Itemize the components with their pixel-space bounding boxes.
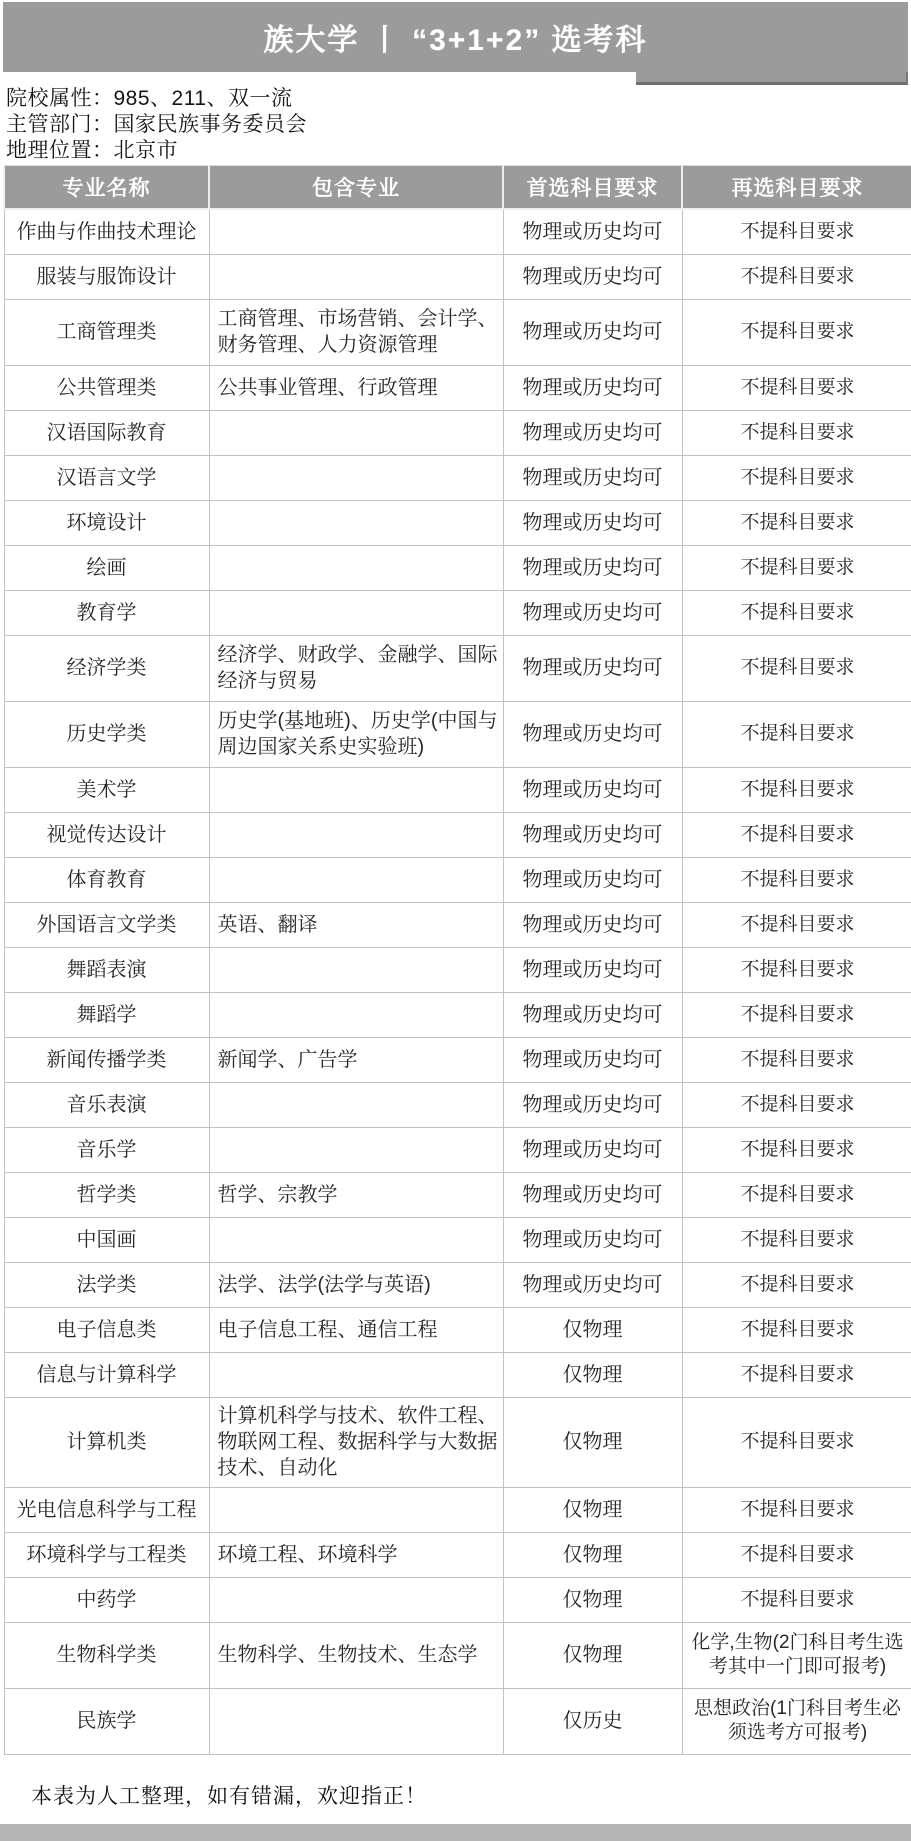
cell-includes — [209, 500, 503, 545]
cell-includes: 计算机科学与技术、软件工程、物联网工程、数据科学与大数据技术、自动化 — [209, 1397, 503, 1487]
cell-major: 光电信息科学与工程 — [4, 1487, 209, 1532]
table-row: 舞蹈表演物理或历史均可不提科目要求 — [4, 947, 911, 992]
cell-includes — [209, 1577, 503, 1622]
cell-first-subject: 仅物理 — [503, 1577, 682, 1622]
cell-major: 经济学类 — [4, 635, 209, 701]
cell-includes — [209, 947, 503, 992]
cell-includes — [209, 590, 503, 635]
cell-second-subject: 不提科目要求 — [682, 1037, 911, 1082]
cell-includes — [209, 1082, 503, 1127]
table-row: 音乐学物理或历史均可不提科目要求 — [4, 1127, 911, 1172]
cell-major: 计算机类 — [4, 1397, 209, 1487]
col-header-first-subject: 首选科目要求 — [503, 166, 682, 210]
table-row: 中国画物理或历史均可不提科目要求 — [4, 1217, 911, 1262]
cell-second-subject: 不提科目要求 — [682, 635, 911, 701]
cell-includes — [209, 545, 503, 590]
cell-includes: 哲学、宗教学 — [209, 1172, 503, 1217]
table-row: 音乐表演物理或历史均可不提科目要求 — [4, 1082, 911, 1127]
cell-second-subject: 不提科目要求 — [682, 812, 911, 857]
cell-first-subject: 物理或历史均可 — [503, 1217, 682, 1262]
cell-first-subject: 物理或历史均可 — [503, 1127, 682, 1172]
cell-first-subject: 物理或历史均可 — [503, 455, 682, 500]
cell-major: 法学类 — [4, 1262, 209, 1307]
cell-second-subject: 不提科目要求 — [682, 1397, 911, 1487]
table-row: 公共管理类公共事业管理、行政管理物理或历史均可不提科目要求 — [4, 365, 911, 410]
table-row: 环境科学与工程类环境工程、环境科学仅物理不提科目要求 — [4, 1532, 911, 1577]
cell-major: 工商管理类 — [4, 299, 209, 365]
cell-first-subject: 物理或历史均可 — [503, 902, 682, 947]
cell-first-subject: 物理或历史均可 — [503, 1037, 682, 1082]
table-row: 电子信息类电子信息工程、通信工程仅物理不提科目要求 — [4, 1307, 911, 1352]
cell-second-subject: 不提科目要求 — [682, 455, 911, 500]
cell-second-subject: 不提科目要求 — [682, 1262, 911, 1307]
cell-first-subject: 物理或历史均可 — [503, 500, 682, 545]
cell-first-subject: 物理或历史均可 — [503, 701, 682, 767]
cell-includes: 环境工程、环境科学 — [209, 1532, 503, 1577]
table-row: 光电信息科学与工程仅物理不提科目要求 — [4, 1487, 911, 1532]
table-row: 新闻传播学类新闻学、广告学物理或历史均可不提科目要求 — [4, 1037, 911, 1082]
cell-includes — [209, 1352, 503, 1397]
table-row: 哲学类哲学、宗教学物理或历史均可不提科目要求 — [4, 1172, 911, 1217]
cell-includes — [209, 857, 503, 902]
cell-second-subject: 不提科目要求 — [682, 500, 911, 545]
cell-major: 环境科学与工程类 — [4, 1532, 209, 1577]
table-row: 计算机类计算机科学与技术、软件工程、物联网工程、数据科学与大数据技术、自动化仅物… — [4, 1397, 911, 1487]
cell-major: 中国画 — [4, 1217, 209, 1262]
title-banner: 族大学 丨 “3+1+2” 选考科 — [3, 2, 908, 72]
cell-major: 舞蹈学 — [4, 992, 209, 1037]
cell-includes — [209, 1127, 503, 1172]
subject-requirements-table: 专业名称 包含专业 首选科目要求 再选科目要求 作曲与作曲技术理论物理或历史均可… — [3, 165, 911, 1755]
table-row: 经济学类经济学、财政学、金融学、国际经济与贸易物理或历史均可不提科目要求 — [4, 635, 911, 701]
cell-first-subject: 仅物理 — [503, 1307, 682, 1352]
cell-second-subject: 不提科目要求 — [682, 1127, 911, 1172]
cell-second-subject: 不提科目要求 — [682, 1082, 911, 1127]
cell-includes: 电子信息工程、通信工程 — [209, 1307, 503, 1352]
cell-second-subject: 不提科目要求 — [682, 701, 911, 767]
cell-major: 电子信息类 — [4, 1307, 209, 1352]
table-row: 绘画物理或历史均可不提科目要求 — [4, 545, 911, 590]
cell-second-subject: 不提科目要求 — [682, 545, 911, 590]
cell-major: 环境设计 — [4, 500, 209, 545]
cell-second-subject: 不提科目要求 — [682, 1577, 911, 1622]
cell-first-subject: 物理或历史均可 — [503, 1082, 682, 1127]
cell-major: 历史学类 — [4, 701, 209, 767]
cell-first-subject: 物理或历史均可 — [503, 992, 682, 1037]
cell-second-subject: 不提科目要求 — [682, 209, 911, 254]
cell-first-subject: 物理或历史均可 — [503, 209, 682, 254]
cell-major: 音乐学 — [4, 1127, 209, 1172]
cell-includes — [209, 1217, 503, 1262]
cell-first-subject: 物理或历史均可 — [503, 365, 682, 410]
page-title: 族大学 丨 “3+1+2” 选考科 — [263, 15, 647, 59]
cell-first-subject: 物理或历史均可 — [503, 254, 682, 299]
cell-second-subject: 不提科目要求 — [682, 1487, 911, 1532]
cell-second-subject: 化学,生物(2门科目考生选考其中一门即可报考) — [682, 1622, 911, 1688]
table-row: 外国语言文学类英语、翻译物理或历史均可不提科目要求 — [4, 902, 911, 947]
cell-major: 汉语言文学 — [4, 455, 209, 500]
table-row: 教育学物理或历史均可不提科目要求 — [4, 590, 911, 635]
cell-second-subject: 不提科目要求 — [682, 857, 911, 902]
cell-major: 民族学 — [4, 1688, 209, 1754]
cell-includes — [209, 767, 503, 812]
cell-second-subject: 不提科目要求 — [682, 410, 911, 455]
table-row: 信息与计算科学仅物理不提科目要求 — [4, 1352, 911, 1397]
cell-includes: 公共事业管理、行政管理 — [209, 365, 503, 410]
cell-includes: 新闻学、广告学 — [209, 1037, 503, 1082]
cell-major: 信息与计算科学 — [4, 1352, 209, 1397]
cell-includes: 工商管理、市场营销、会计学、财务管理、人力资源管理 — [209, 299, 503, 365]
cell-second-subject: 不提科目要求 — [682, 365, 911, 410]
cell-includes: 经济学、财政学、金融学、国际经济与贸易 — [209, 635, 503, 701]
table-row: 美术学物理或历史均可不提科目要求 — [4, 767, 911, 812]
cell-includes — [209, 254, 503, 299]
cell-first-subject: 物理或历史均可 — [503, 1172, 682, 1217]
cell-first-subject: 物理或历史均可 — [503, 590, 682, 635]
cell-major: 教育学 — [4, 590, 209, 635]
cell-second-subject: 不提科目要求 — [682, 947, 911, 992]
cell-major: 作曲与作曲技术理论 — [4, 209, 209, 254]
info-department: 主管部门：国家民族事务委员会 — [6, 112, 307, 138]
table-row: 视觉传达设计物理或历史均可不提科目要求 — [4, 812, 911, 857]
cell-major: 音乐表演 — [4, 1082, 209, 1127]
cell-first-subject: 仅物理 — [503, 1397, 682, 1487]
table-row: 生物科学类生物科学、生物技术、生态学仅物理化学,生物(2门科目考生选考其中一门即… — [4, 1622, 911, 1688]
cell-second-subject: 不提科目要求 — [682, 254, 911, 299]
cell-major: 绘画 — [4, 545, 209, 590]
cell-first-subject: 物理或历史均可 — [503, 767, 682, 812]
cell-second-subject: 不提科目要求 — [682, 1532, 911, 1577]
cell-major: 服装与服饰设计 — [4, 254, 209, 299]
cell-first-subject: 物理或历史均可 — [503, 857, 682, 902]
cell-second-subject: 不提科目要求 — [682, 992, 911, 1037]
bottom-bar — [0, 1824, 911, 1841]
cell-major: 体育教育 — [4, 857, 209, 902]
table-row: 民族学仅历史思想政治(1门科目考生必须选考方可报考) — [4, 1688, 911, 1754]
col-header-major: 专业名称 — [4, 166, 209, 210]
cell-includes — [209, 992, 503, 1037]
col-header-second-subject: 再选科目要求 — [682, 166, 911, 210]
table-row: 环境设计物理或历史均可不提科目要求 — [4, 500, 911, 545]
cell-first-subject: 仅物理 — [503, 1487, 682, 1532]
table-row: 中药学仅物理不提科目要求 — [4, 1577, 911, 1622]
cell-includes: 历史学(基地班)、历史学(中国与周边国家关系史实验班) — [209, 701, 503, 767]
cell-includes — [209, 1487, 503, 1532]
table-row: 服装与服饰设计物理或历史均可不提科目要求 — [4, 254, 911, 299]
table-row: 历史学类历史学(基地班)、历史学(中国与周边国家关系史实验班)物理或历史均可不提… — [4, 701, 911, 767]
footer-note: 本表为人工整理，如有错漏，欢迎指正！ — [31, 1780, 427, 1810]
cell-second-subject: 不提科目要求 — [682, 1217, 911, 1262]
cell-second-subject: 不提科目要求 — [682, 1307, 911, 1352]
table-row: 法学类法学、法学(法学与英语)物理或历史均可不提科目要求 — [4, 1262, 911, 1307]
cell-first-subject: 仅物理 — [503, 1532, 682, 1577]
cell-major: 新闻传播学类 — [4, 1037, 209, 1082]
cell-includes: 英语、翻译 — [209, 902, 503, 947]
table-row: 体育教育物理或历史均可不提科目要求 — [4, 857, 911, 902]
info-location: 地理位置：北京市 — [6, 138, 307, 164]
cell-first-subject: 物理或历史均可 — [503, 635, 682, 701]
table-row: 汉语国际教育物理或历史均可不提科目要求 — [4, 410, 911, 455]
title-banner-extension — [636, 72, 908, 85]
col-header-includes: 包含专业 — [209, 166, 503, 210]
table-row: 汉语言文学物理或历史均可不提科目要求 — [4, 455, 911, 500]
cell-second-subject: 思想政治(1门科目考生必须选考方可报考) — [682, 1688, 911, 1754]
cell-includes — [209, 812, 503, 857]
cell-first-subject: 物理或历史均可 — [503, 545, 682, 590]
cell-includes — [209, 209, 503, 254]
cell-first-subject: 物理或历史均可 — [503, 947, 682, 992]
cell-major: 美术学 — [4, 767, 209, 812]
cell-second-subject: 不提科目要求 — [682, 1172, 911, 1217]
cell-first-subject: 物理或历史均可 — [503, 410, 682, 455]
cell-major: 中药学 — [4, 1577, 209, 1622]
cell-includes: 生物科学、生物技术、生态学 — [209, 1622, 503, 1688]
cell-second-subject: 不提科目要求 — [682, 1352, 911, 1397]
table-row: 舞蹈学物理或历史均可不提科目要求 — [4, 992, 911, 1037]
school-info: 院校属性：985、211、双一流 主管部门：国家民族事务委员会 地理位置：北京市 — [6, 86, 307, 164]
cell-first-subject: 物理或历史均可 — [503, 1262, 682, 1307]
cell-major: 视觉传达设计 — [4, 812, 209, 857]
cell-major: 哲学类 — [4, 1172, 209, 1217]
cell-major: 生物科学类 — [4, 1622, 209, 1688]
cell-includes — [209, 410, 503, 455]
cell-major: 舞蹈表演 — [4, 947, 209, 992]
cell-major: 公共管理类 — [4, 365, 209, 410]
cell-first-subject: 仅物理 — [503, 1352, 682, 1397]
cell-second-subject: 不提科目要求 — [682, 299, 911, 365]
cell-first-subject: 仅物理 — [503, 1622, 682, 1688]
cell-second-subject: 不提科目要求 — [682, 902, 911, 947]
cell-second-subject: 不提科目要求 — [682, 590, 911, 635]
cell-first-subject: 物理或历史均可 — [503, 812, 682, 857]
cell-includes — [209, 455, 503, 500]
table-row: 工商管理类工商管理、市场营销、会计学、财务管理、人力资源管理物理或历史均可不提科… — [4, 299, 911, 365]
cell-second-subject: 不提科目要求 — [682, 767, 911, 812]
page: 族大学 丨 “3+1+2” 选考科 院校属性：985、211、双一流 主管部门：… — [0, 0, 911, 1841]
cell-major: 汉语国际教育 — [4, 410, 209, 455]
cell-includes — [209, 1688, 503, 1754]
cell-first-subject: 物理或历史均可 — [503, 299, 682, 365]
table-row: 作曲与作曲技术理论物理或历史均可不提科目要求 — [4, 209, 911, 254]
cell-major: 外国语言文学类 — [4, 902, 209, 947]
table-header-row: 专业名称 包含专业 首选科目要求 再选科目要求 — [4, 166, 911, 210]
cell-includes: 法学、法学(法学与英语) — [209, 1262, 503, 1307]
info-attributes: 院校属性：985、211、双一流 — [6, 86, 307, 112]
cell-first-subject: 仅历史 — [503, 1688, 682, 1754]
